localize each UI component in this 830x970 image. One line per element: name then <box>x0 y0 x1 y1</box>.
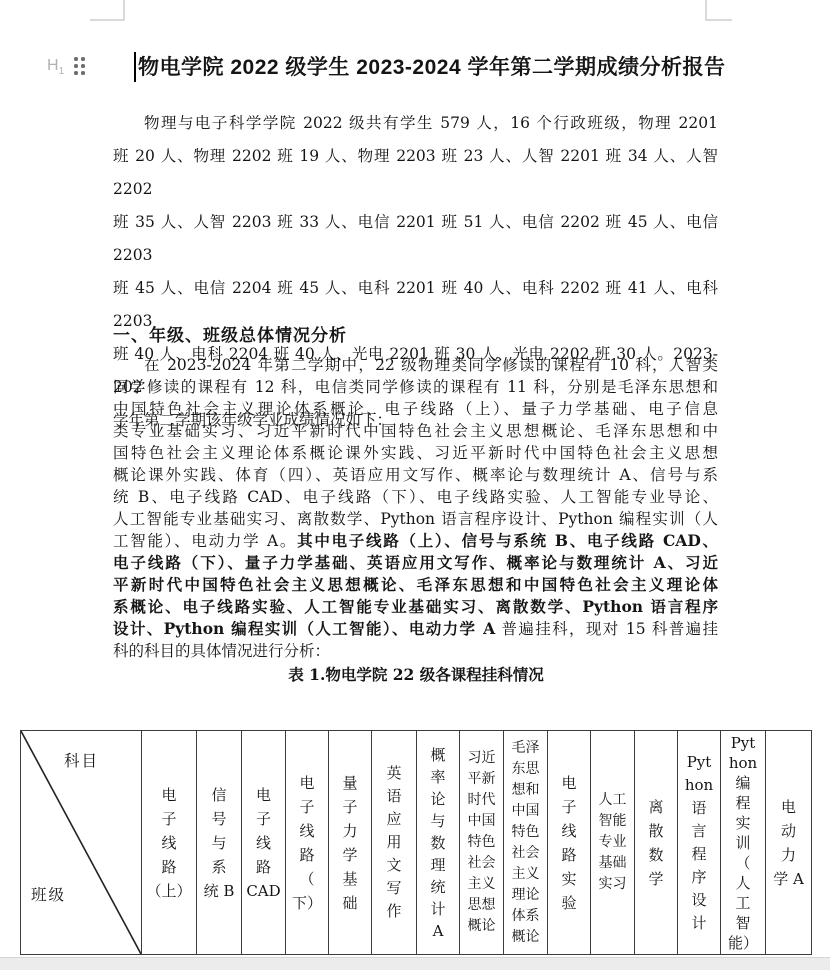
vertical-text-line: 写 <box>386 877 401 900</box>
table-header-column: 毛泽东思想和中国特色社会主义理论体系概论 <box>503 731 547 954</box>
vertical-text-line: 电 <box>561 771 576 795</box>
vertical-text-line: 用 <box>386 831 401 854</box>
text-line: 班 35 人、人智 2203 班 33 人、电信 2201 班 51 人、电信 … <box>113 206 718 272</box>
vertical-text-line: 体系 <box>512 906 540 927</box>
vertical-text-line: 基 <box>342 867 357 891</box>
table-header-column: 信号与系统 B <box>196 731 241 954</box>
vertical-text-line: 与 <box>211 831 226 855</box>
vertical-text-line: 数 <box>648 843 663 867</box>
table-header-column: Python语言程序设计 <box>677 731 720 954</box>
text-line: 概论课外实践、体育（四）、英语应用文写作、概率论与数理统计 A、信号与系 <box>113 464 718 486</box>
text-cursor <box>134 52 136 82</box>
vertical-text-line: 语 <box>691 797 706 820</box>
vertical-text-line: 子 <box>256 807 271 831</box>
vertical-text-line: 线 <box>256 831 271 855</box>
fail-rate-table[interactable]: 科目 班级 电子线路（上）信号与系统 B电子线路CAD电子线路（下）量子力学基础… <box>20 730 812 955</box>
vertical-text-line: 中国 <box>468 811 496 832</box>
text-line: 同学修读的课程有 12 科，电信类同学修读的课程有 11 科，分别是毛泽东思想和 <box>113 376 718 398</box>
vertical-text-line: 动 <box>781 819 796 843</box>
vertical-text-line: 验 <box>561 891 576 915</box>
vertical-text-line: 下） <box>292 891 322 915</box>
vertical-text-line: 路 <box>161 855 176 879</box>
vertical-text-line: 习近 <box>468 748 496 769</box>
table-header-column: 人工智能专业基础实习 <box>590 731 634 954</box>
table-header-column: 电子线路CAD <box>241 731 285 954</box>
vertical-text-line: 线 <box>299 819 314 843</box>
text-line: 中国特色社会主义理论体系概论、电子线路（上）、量子力学基础、电子信息 <box>113 398 718 420</box>
vertical-text-line: （ <box>299 867 314 891</box>
vertical-text-line: 量 <box>342 771 357 795</box>
vertical-text-line: 电 <box>161 783 176 807</box>
vertical-text-line: 特色 <box>512 822 540 843</box>
vertical-text-line: 学 A <box>773 867 804 891</box>
horizontal-scrollbar[interactable] <box>0 957 830 970</box>
vertical-text-line: 离 <box>648 795 663 819</box>
margin-crop-mark-left <box>90 0 125 21</box>
table-header-column: 电子线路实验 <box>547 731 590 954</box>
text-line: 系概论、电子线路实验、人工智能专业基础实习、离散数学、Python 语言程序 <box>113 596 718 618</box>
vertical-text-line: 数 <box>430 832 445 854</box>
vertical-text-line: 特色 <box>468 832 496 853</box>
vertical-text-line: 应 <box>386 808 401 831</box>
text-line: 人工智能专业基础实习、离散数学、Python 语言程序设计、Python 编程实… <box>113 508 718 530</box>
vertical-text-line: 电 <box>256 783 271 807</box>
vertical-text-line: 路 <box>561 843 576 867</box>
vertical-text-line: 学 <box>342 843 357 867</box>
vertical-text-line: 专业 <box>599 832 627 853</box>
heading-level-badge[interactable]: H1 <box>47 57 64 77</box>
document-page: H1 物电学院 2022 级学生 2023-2024 学年第二学期成绩分析报告 … <box>0 0 830 970</box>
table-header-column: 离散数学 <box>634 731 677 954</box>
vertical-text-line: 学 <box>648 867 663 891</box>
vertical-text-line: 思想 <box>468 895 496 916</box>
corner-label-class: 班级 <box>31 883 66 905</box>
vertical-text-line: 编 <box>735 773 750 793</box>
section-heading[interactable]: 一、年级、班级总体情况分析 <box>113 321 347 346</box>
text-line: 类专业基础实习、习近平新时代中国特色社会主义思想概论、毛泽东思想和中 <box>113 420 718 442</box>
vertical-text-line: 文 <box>386 854 401 877</box>
vertical-text-line: 能） <box>728 933 758 953</box>
vertical-text-line: 概论 <box>512 927 540 948</box>
vertical-text-line: 电 <box>299 771 314 795</box>
text-line: 工智能）、电动力学 A。其中电子线路（上）、信号与系统 B、电子线路 CAD、 <box>113 530 718 552</box>
vertical-text-line: 程 <box>691 843 706 866</box>
vertical-text-line: 时代 <box>468 790 496 811</box>
vertical-text-line: 线 <box>161 831 176 855</box>
vertical-text-line: 社会 <box>468 853 496 874</box>
vertical-text-line: 语 <box>386 785 401 808</box>
vertical-text-line: 路 <box>299 843 314 867</box>
vertical-text-line: 序 <box>691 866 706 889</box>
vertical-text-line: 人工 <box>599 790 627 811</box>
vertical-text-line: 智 <box>735 913 750 933</box>
vertical-text-line: 概论 <box>468 916 496 937</box>
table-header-column: 电子线路（上） <box>141 731 196 954</box>
vertical-text-line: A <box>433 920 444 942</box>
vertical-text-line: 实习 <box>599 874 627 895</box>
vertical-text-line: 主义 <box>468 874 496 895</box>
vertical-text-line: 东思 <box>512 759 540 780</box>
text-line: 物理与电子科学学院 2022 级共有学生 579 人，16 个行政班级，物理 2… <box>113 107 718 140</box>
vertical-text-line: 子 <box>342 795 357 819</box>
vertical-text-line: 力 <box>781 843 796 867</box>
vertical-text-line: 率 <box>430 766 445 788</box>
vertical-text-line: 系 <box>211 855 226 879</box>
text-line: 国特色社会主义理论体系概论课外实践、习近平新时代中国特色社会主义思想 <box>113 442 718 464</box>
text-line: 在 2023-2024 年第二学期中，22 级物理类同学修读的课程有 10 科，… <box>113 354 718 376</box>
corner-label-subject: 科目 <box>64 749 99 771</box>
table-corner-cell: 科目 班级 <box>21 731 141 954</box>
vertical-text-line: 础 <box>342 891 357 915</box>
table-header-column: 习近平新时代中国特色社会主义思想概论 <box>459 731 503 954</box>
table-header-column: 英语应用文写作 <box>371 731 416 954</box>
vertical-text-line: 线 <box>561 819 576 843</box>
vertical-text-line: （上） <box>146 879 191 903</box>
vertical-text-line: 子 <box>161 807 176 831</box>
text-line: 平新时代中国特色社会主义思想概论、毛泽东思想和中国特色社会主义理论体 <box>113 574 718 596</box>
vertical-text-line: 计 <box>430 898 445 920</box>
vertical-text-line: 电 <box>781 795 796 819</box>
table-caption: 表 1.物电学院 22 级各课程挂科情况 <box>20 663 812 685</box>
vertical-text-line: 想和 <box>512 780 540 801</box>
text-line: 班 20 人、物理 2202 班 19 人、物理 2203 班 23 人、人智 … <box>113 140 718 206</box>
heading-badge-text: H <box>47 57 59 74</box>
vertical-text-line: 概 <box>430 744 445 766</box>
vertical-text-line: 智能 <box>599 811 627 832</box>
vertical-text-line: 言 <box>691 820 706 843</box>
vertical-text-line: 路 <box>256 855 271 879</box>
vertical-text-line: 程 <box>735 793 750 813</box>
table-header-column: 概率论与数理统计A <box>416 731 459 954</box>
vertical-text-line: 基础 <box>599 853 627 874</box>
drag-handle-icon[interactable] <box>74 57 85 75</box>
vertical-text-line: 号 <box>211 807 226 831</box>
vertical-text-line: 人 <box>735 873 750 893</box>
vertical-text-line: 论 <box>430 788 445 810</box>
vertical-text-line: Pyt <box>687 751 712 774</box>
paragraph-course-analysis[interactable]: 在 2023-2024 年第二学期中，22 级物理类同学修读的课程有 10 科，… <box>113 354 718 662</box>
heading-badge-sub: 1 <box>59 66 65 77</box>
text-line: 科的科目的具体情况进行分析： <box>113 640 718 662</box>
vertical-text-line: 毛泽 <box>512 738 540 759</box>
vertical-text-line: 英 <box>386 762 401 785</box>
vertical-text-line: 主义 <box>512 864 540 885</box>
document-title[interactable]: 物电学院 2022 级学生 2023-2024 学年第二学期成绩分析报告 <box>138 51 723 81</box>
vertical-text-line: 实 <box>561 867 576 891</box>
table-header-column: 电动力学 A <box>765 731 811 954</box>
text-line: 电子线路（下）、量子力学基础、英语应用文写作、概率论与数理统计 A、习近 <box>113 552 718 574</box>
vertical-text-line: 统 B <box>204 879 235 903</box>
vertical-text-line: 子 <box>561 795 576 819</box>
vertical-text-line: 理 <box>430 854 445 876</box>
margin-crop-mark-right <box>705 0 732 21</box>
text-line: 设计、Python 编程实训（人工智能）、电动力学 A 普遍挂科，现对 15 科… <box>113 618 718 640</box>
vertical-text-line: 理论 <box>512 885 540 906</box>
vertical-text-line: 平新 <box>468 769 496 790</box>
vertical-text-line: 力 <box>342 819 357 843</box>
vertical-text-line: 子 <box>299 795 314 819</box>
vertical-text-line: 工 <box>735 893 750 913</box>
table-header-columns: 电子线路（上）信号与系统 B电子线路CAD电子线路（下）量子力学基础英语应用文写… <box>141 731 811 954</box>
text-line: 统 B、电子线路 CAD、电子线路（下）、电子线路实验、人工智能专业导论、 <box>113 486 718 508</box>
vertical-text-line: 信 <box>211 783 226 807</box>
vertical-text-line: 作 <box>386 900 401 923</box>
vertical-text-line: hon <box>685 774 713 797</box>
vertical-text-line: 实 <box>735 813 750 833</box>
vertical-text-line: 散 <box>648 819 663 843</box>
vertical-text-line: （ <box>735 853 750 873</box>
table-header-column: 量子力学基础 <box>328 731 371 954</box>
vertical-text-line: Pyt <box>731 733 756 753</box>
vertical-text-line: 设 <box>691 889 706 912</box>
vertical-text-line: 社会 <box>512 843 540 864</box>
vertical-text-line: hon <box>729 753 757 773</box>
vertical-text-line: 统 <box>430 876 445 898</box>
table-header-column: Python编程实训（人工智能） <box>720 731 765 954</box>
vertical-text-line: 训 <box>735 833 750 853</box>
vertical-text-line: 中国 <box>512 801 540 822</box>
vertical-text-line: CAD <box>246 879 280 903</box>
vertical-text-line: 计 <box>691 912 706 935</box>
vertical-text-line: 与 <box>430 810 445 832</box>
table-header-column: 电子线路（下） <box>285 731 328 954</box>
